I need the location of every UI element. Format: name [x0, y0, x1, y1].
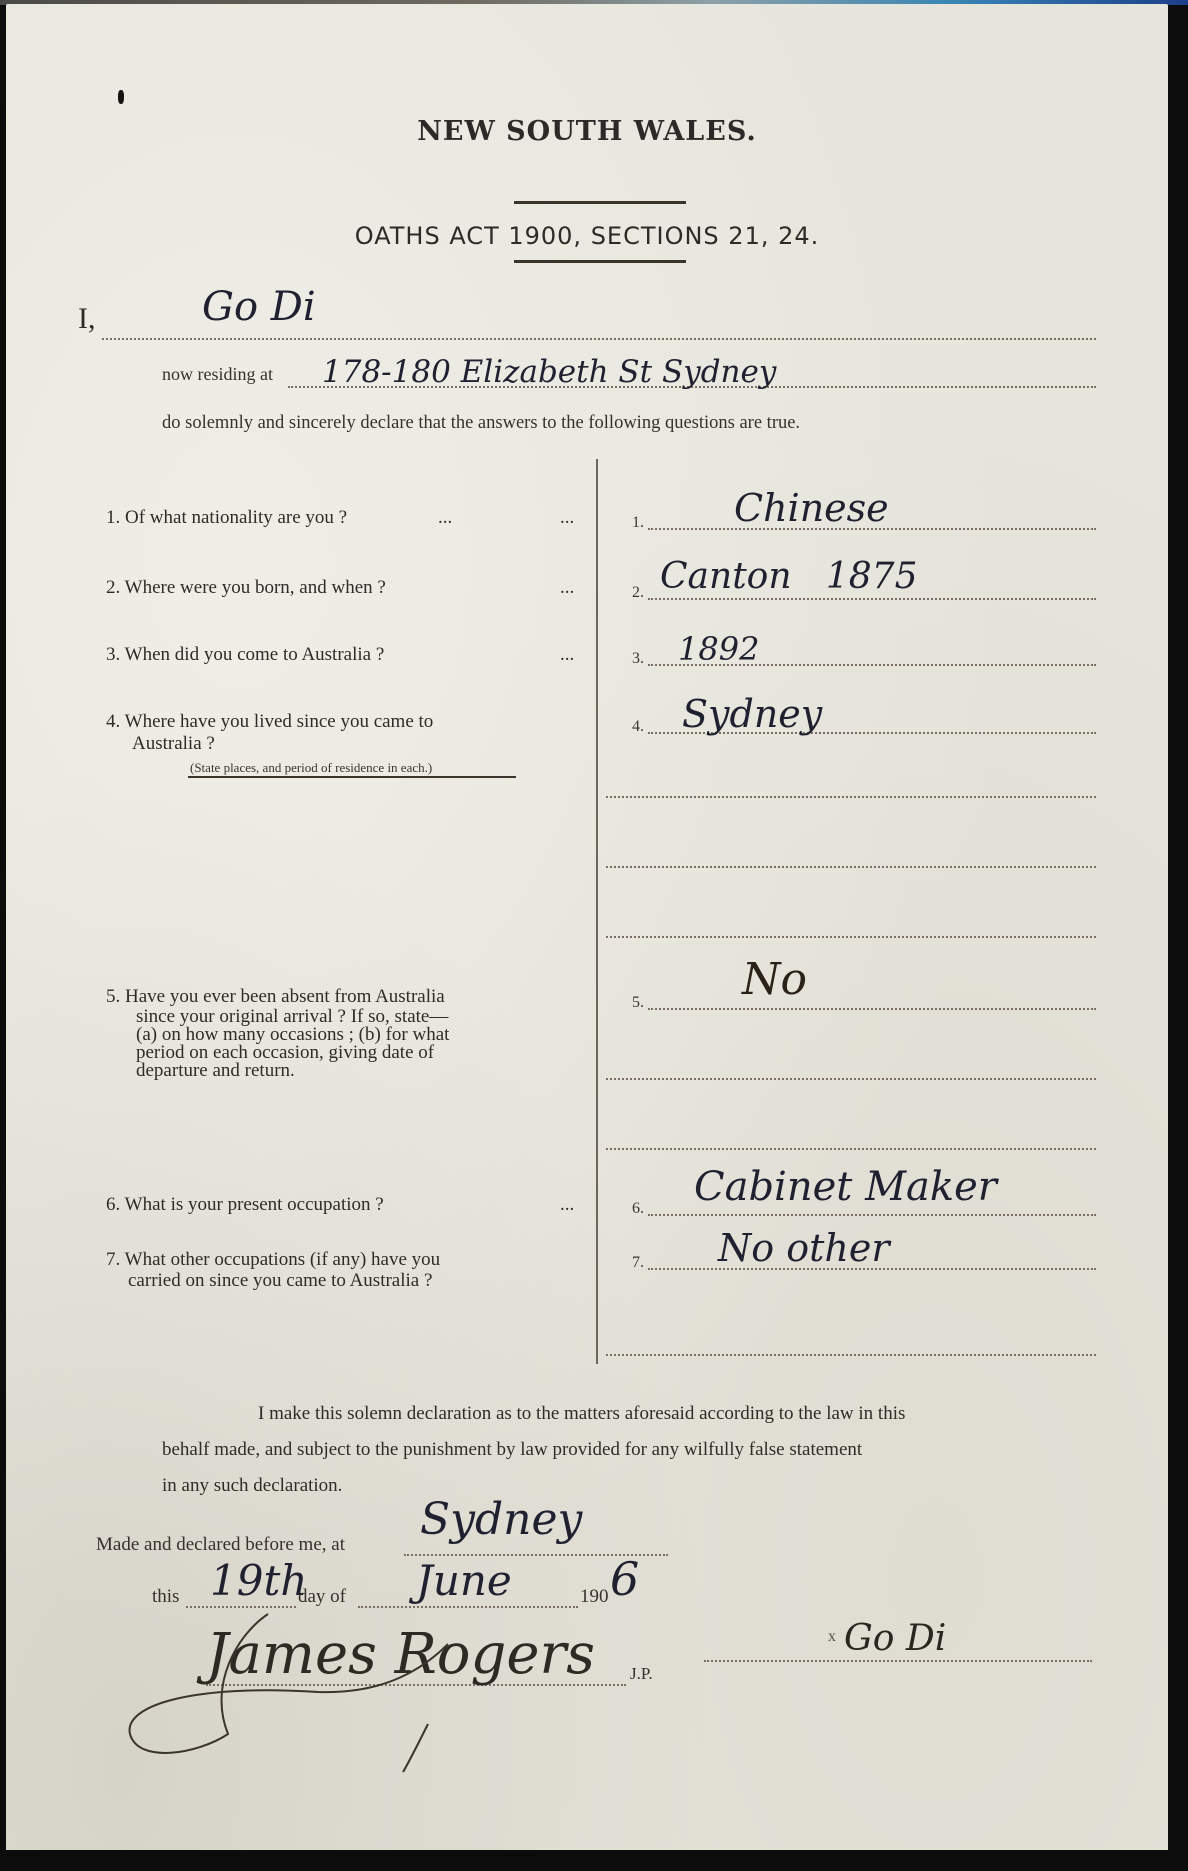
- question-4: 4. Where have you lived since you came t…: [106, 711, 596, 755]
- answer-line-4d: [606, 936, 1096, 938]
- answer-1: Chinese: [734, 486, 889, 530]
- answer-5: No: [742, 954, 807, 1005]
- declarant-mark: x: [828, 1628, 836, 1646]
- question-number: 6.: [106, 1194, 120, 1215]
- page-subtitle: OATHS ACT 1900, SECTIONS 21, 24.: [6, 222, 1168, 250]
- answer-number: 4.: [632, 718, 644, 736]
- ink-mark: [118, 90, 124, 104]
- answer-number: 5.: [632, 994, 644, 1012]
- question-number: 1.: [106, 507, 120, 528]
- question-text: Where were you born, and when ?: [125, 577, 386, 598]
- title-rule-top: [514, 201, 686, 204]
- answer-line-4c: [606, 866, 1096, 868]
- declaration-intro: do solemnly and sincerely declare that t…: [162, 413, 800, 434]
- made-declared-label: Made and declared before me, at: [96, 1534, 345, 1556]
- question-4-note: (State places, and period of residence i…: [190, 760, 432, 776]
- question-text: When did you come to Australia ?: [125, 644, 385, 665]
- question-leader: ...: [560, 507, 574, 529]
- attestation-day: 19th: [210, 1556, 307, 1605]
- answer-line-4b: [606, 796, 1096, 798]
- declarant-name-line: [102, 338, 1096, 340]
- attestation-place: Sydney: [420, 1494, 582, 1545]
- answer-6: Cabinet Maker: [694, 1164, 997, 1210]
- question-text: What is your present occupation ?: [125, 1194, 384, 1215]
- answer-number: 6.: [632, 1200, 644, 1218]
- declarant-signature: Go Di: [844, 1618, 946, 1659]
- year-suffix: 6: [610, 1552, 639, 1606]
- declaration-line-2: behalf made, and subject to the punishme…: [162, 1432, 862, 1468]
- declarant-name: Go Di: [202, 284, 316, 330]
- question-number: 7.: [106, 1249, 120, 1270]
- residence-label: now residing at: [162, 364, 273, 385]
- answer-line-5c: [606, 1148, 1096, 1150]
- residence-value: 178-180 Elizabeth St Sydney: [322, 354, 776, 390]
- answer-number: 7.: [632, 1254, 644, 1272]
- answer-number: 2.: [632, 584, 644, 602]
- question-text: Have you ever been absent from Australia: [125, 986, 445, 1007]
- question-7: 7. What other occupations (if any) have …: [106, 1249, 596, 1291]
- attestation-month: June: [416, 1556, 512, 1605]
- declarant-signature-line: [704, 1660, 1092, 1662]
- question-3: 3. When did you come to Australia ?: [106, 644, 384, 666]
- question-number: 2.: [106, 577, 120, 598]
- question-text-cont: Australia ?: [106, 733, 596, 755]
- answer-line-7b: [606, 1354, 1096, 1356]
- answer-number: 1.: [632, 514, 644, 532]
- question-text: What other occupations (if any) have you: [125, 1249, 441, 1270]
- question-number: 5.: [106, 986, 120, 1007]
- question-number: 3.: [106, 644, 120, 665]
- declarant-prefix: I,: [78, 302, 96, 336]
- question-text: Of what nationality are you ?: [125, 507, 347, 528]
- question-text-cont: departure and return.: [106, 1062, 596, 1080]
- question-leader: ...: [560, 644, 574, 666]
- question-leader: ...: [560, 577, 574, 599]
- question-number: 4.: [106, 711, 120, 732]
- jp-label: J.P.: [630, 1664, 653, 1684]
- question-6: 6. What is your present occupation ?: [106, 1194, 384, 1216]
- signature-flourish: [118, 1604, 478, 1774]
- question-5: 5. Have you ever been absent from Austra…: [106, 986, 596, 1080]
- title-rule-bottom: [514, 260, 686, 263]
- answer-3: 1892: [678, 630, 759, 668]
- answer-line-5: [648, 1008, 1096, 1010]
- answer-line-5b: [606, 1078, 1096, 1080]
- column-divider: [596, 459, 598, 1364]
- answer-7: No other: [718, 1226, 889, 1270]
- question-leader: ...: [438, 507, 452, 529]
- answer-line-2: [648, 598, 1096, 600]
- scan-bottom-edge: [0, 1850, 1188, 1871]
- year-prefix: 190: [580, 1586, 609, 1608]
- declaration-line-1: I make this solemn declaration as to the…: [258, 1396, 905, 1432]
- answer-number: 3.: [632, 650, 644, 668]
- question-text: Where have you lived since you came to: [125, 711, 434, 732]
- question-text-cont: carried on since you came to Australia ?: [106, 1271, 596, 1291]
- answer-4: Sydney: [682, 692, 822, 736]
- declaration-line-3: in any such declaration.: [162, 1468, 342, 1504]
- page-title: NEW SOUTH WALES.: [6, 116, 1168, 147]
- answer-2: Canton 1875: [660, 556, 917, 597]
- answer-line-6: [648, 1214, 1096, 1216]
- document-page: NEW SOUTH WALES. OATHS ACT 1900, SECTION…: [6, 4, 1168, 1856]
- question-2: 2. Where were you born, and when ?: [106, 577, 386, 599]
- question-1: 1. Of what nationality are you ?: [106, 507, 584, 529]
- question-leader: ...: [560, 1194, 574, 1216]
- note-underline: [188, 776, 516, 778]
